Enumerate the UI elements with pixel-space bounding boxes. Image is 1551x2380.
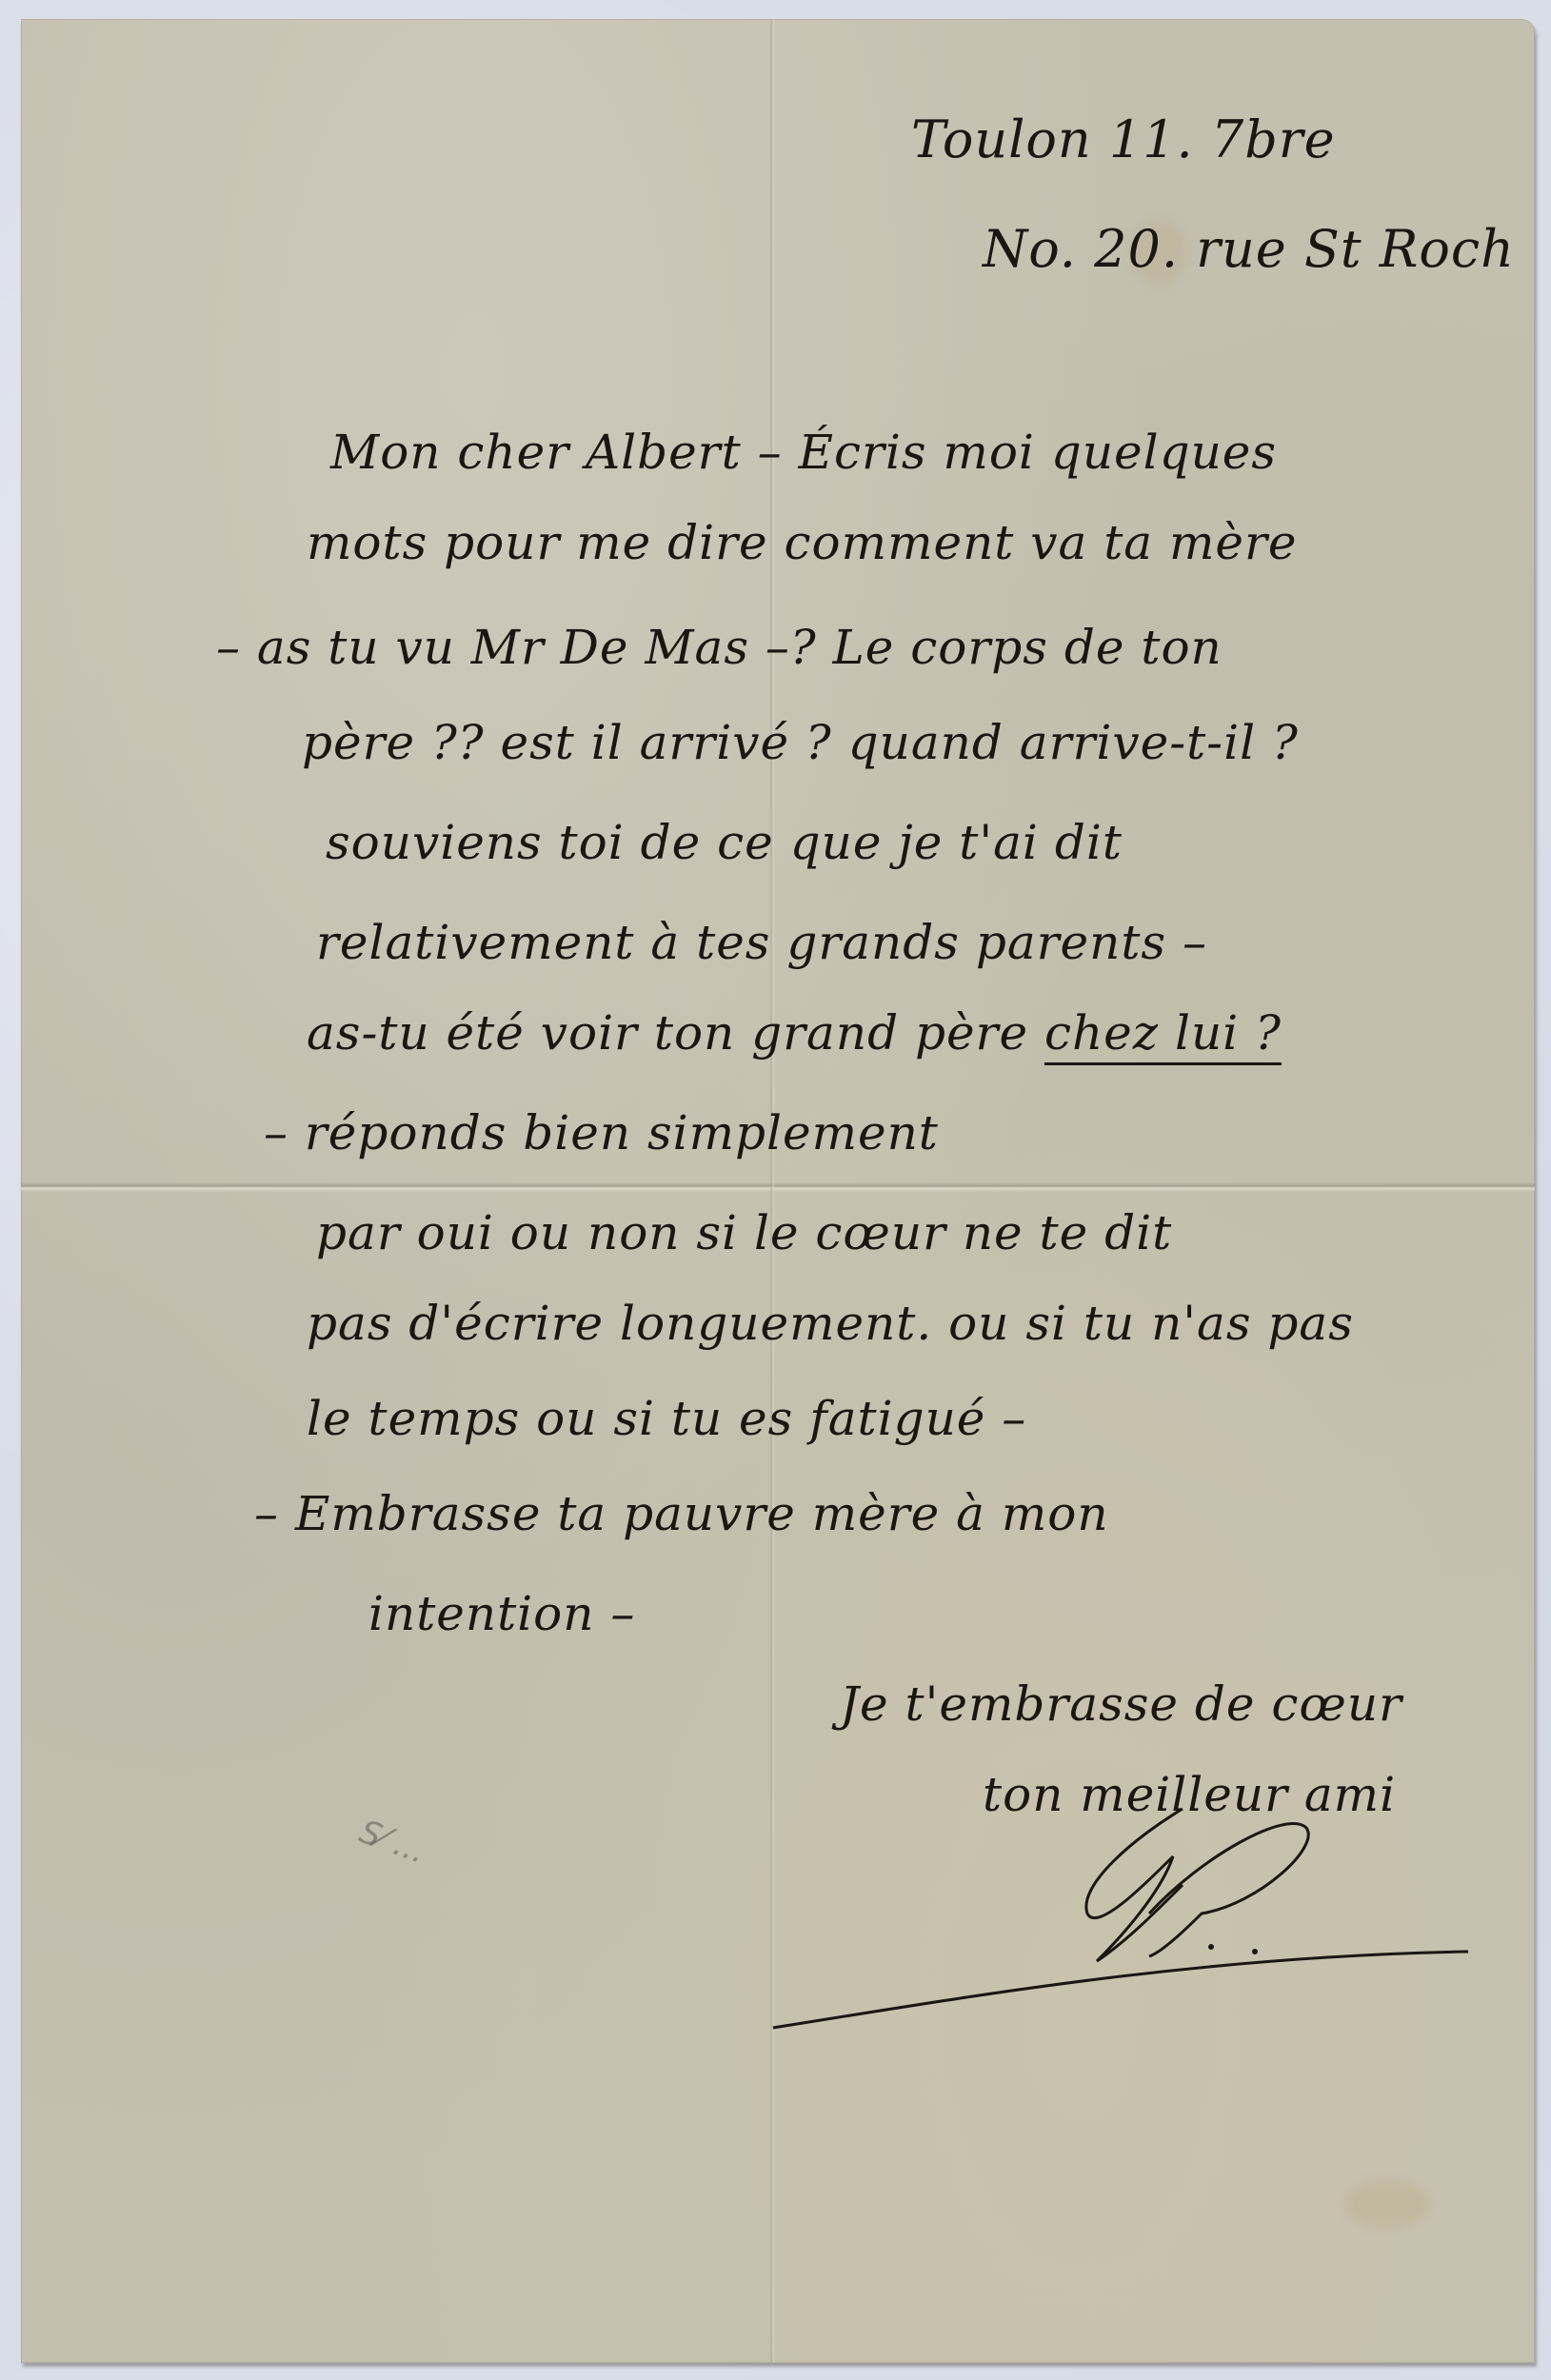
body-line-13: intention – [368,1590,635,1637]
body-line-7: as-tu été voir ton grand père chez lui ? [307,1009,1282,1057]
letter-paper: Toulon 11. 7bre No. 20. rue St Roch Mon … [21,19,1535,2363]
body-line-10: pas d'écrire longuement. ou si tu n'as p… [307,1299,1354,1347]
body-line-7-text: as-tu été voir ton grand père [307,1005,1044,1061]
body-line-9: par oui ou non si le cœur ne te dit [316,1209,1172,1257]
body-line-8: – réponds bien simplement [264,1109,939,1157]
body-line-2: mots pour me dire comment va ta mère [307,519,1298,566]
letter-place-date: Toulon 11. 7bre [911,114,1336,166]
body-line-12: – Embrasse ta pauvre mère à mon [254,1490,1109,1537]
closing-line-1: Je t'embrasse de cœur [840,1680,1402,1728]
body-line-4: père ?? est il arrivé ? quand arrive-t-i… [302,719,1299,766]
signature-flourish-line [764,1933,1487,2037]
body-line-1: Mon cher Albert – Écris moi quelques [330,428,1277,476]
letter-address: No. 20. rue St Roch [983,224,1515,275]
underlined-phrase: chez lui ? [1044,1005,1282,1061]
paper-stain [1344,2180,1430,2228]
pencil-marks: S⁄ ... [354,1813,430,1872]
body-line-11: le temps ou si tu es fatigué – [307,1395,1026,1442]
body-line-5: souviens toi de ce que je t'ai dit [326,819,1123,866]
body-line-3: – as tu vu Mr De Mas –? Le corps de ton [216,624,1223,671]
body-line-6: relativement à tes grands parents – [316,919,1207,966]
horizontal-fold-crease [21,1182,1535,1192]
